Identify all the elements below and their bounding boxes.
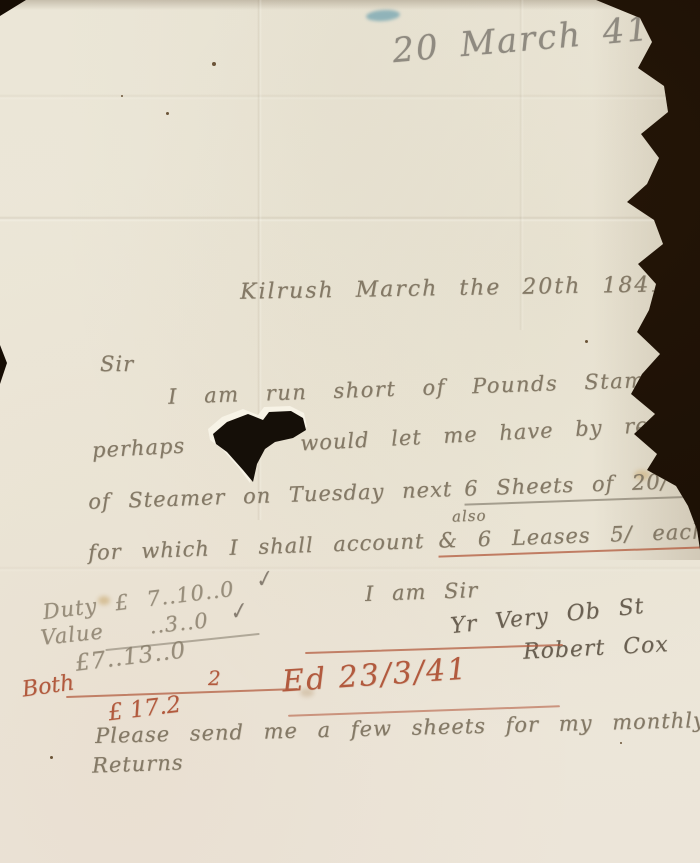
duty-label: Duty (41, 594, 98, 624)
paper-speck (121, 95, 123, 97)
paper-speck (620, 742, 622, 744)
value-tick-mark: ✓ (225, 597, 250, 626)
body-line-4-text: for which I shall account (88, 529, 425, 565)
letter-paper: 20 March 41 Kilrush March the 20th 1841 … (0, 0, 700, 863)
paper-speck (585, 340, 588, 343)
paper-speck (50, 756, 53, 759)
body-line-2-start: perhaps (91, 434, 185, 463)
value-label: Value (39, 619, 105, 649)
postscript-line-2: Returns (92, 750, 184, 777)
paper-hole (203, 402, 313, 487)
paper-speck (166, 112, 169, 115)
closing-line-1: I am Sir (365, 578, 479, 606)
postscript-line-1: Please send me a few sheets for my month… (95, 708, 700, 748)
scan-background: 20 March 41 Kilrush March the 20th 1841 … (0, 0, 700, 863)
body-line-4-insertion: also (452, 506, 487, 525)
signature: Robert Cox (522, 632, 669, 665)
carry-figure: 2 (208, 666, 221, 690)
fold-crease-horizontal-lower (0, 566, 700, 572)
body-line-3-text: of Steamer on Tuesday next (88, 477, 453, 514)
blue-ink-smudge (366, 9, 401, 22)
value-amount: ..3..0 (148, 608, 210, 638)
duty-tick-mark: ✓ (251, 565, 276, 594)
closing-line-2: Yr Very Ob St (449, 594, 645, 639)
paper-speck (212, 62, 216, 66)
salutation: Sir (100, 352, 134, 376)
red-total-rule (66, 688, 298, 698)
red-docket-annotation: Ed 23/3/41 (281, 652, 469, 700)
